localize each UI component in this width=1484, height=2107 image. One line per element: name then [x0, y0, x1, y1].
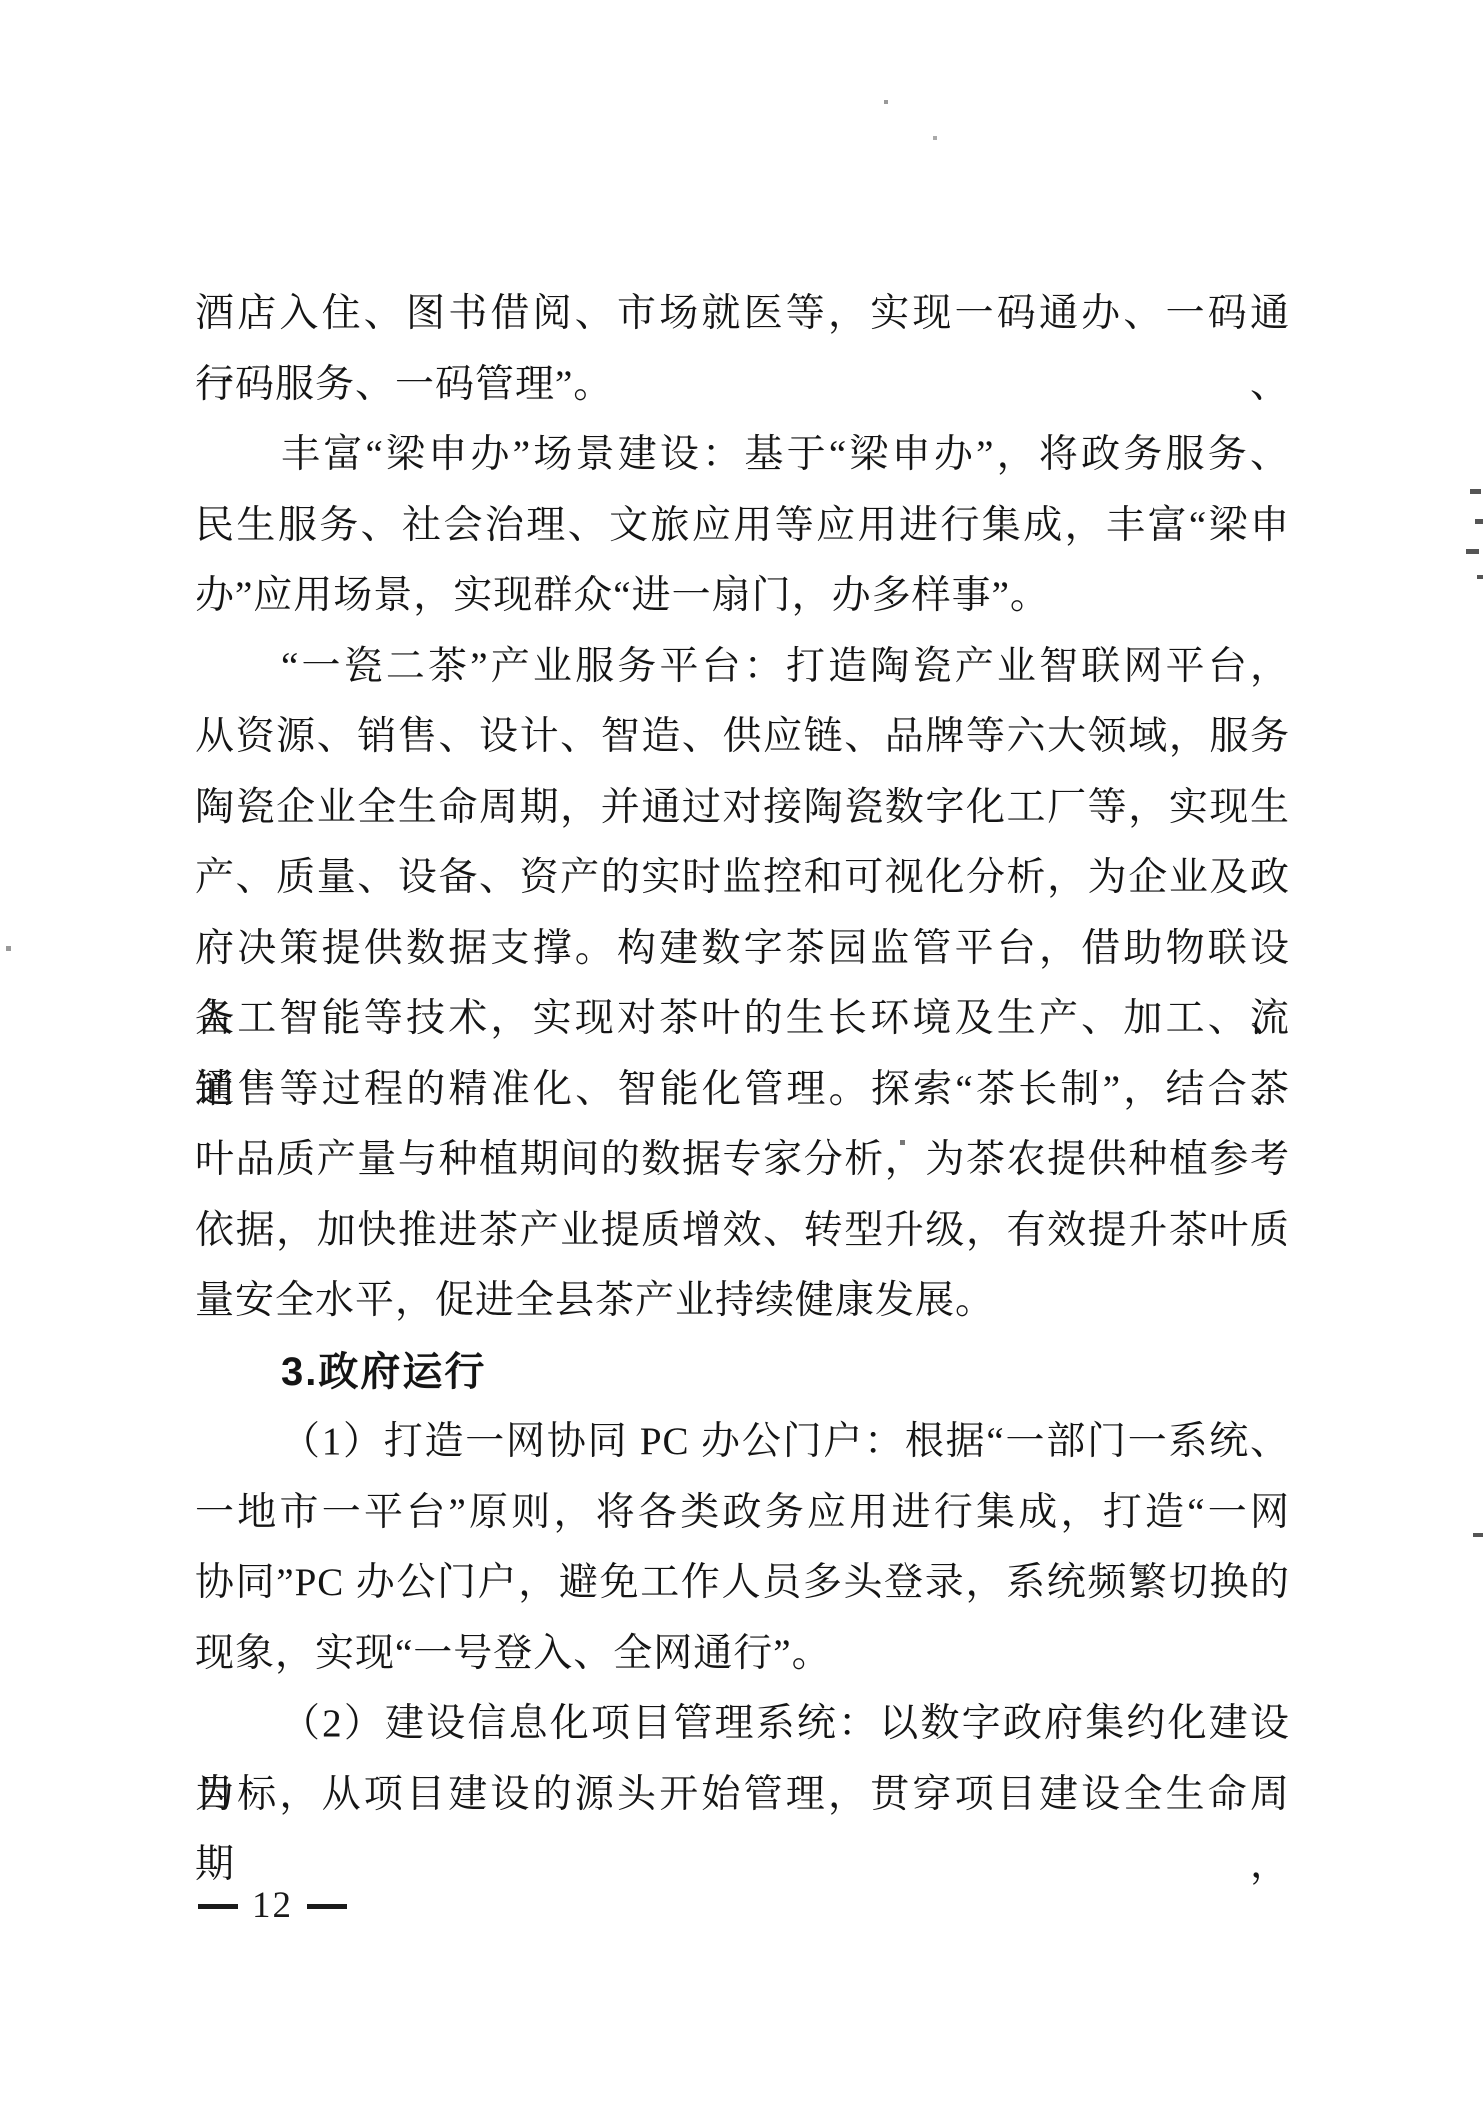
text-line: 民生服务、社会治理、文旅应用等应用进行集成，丰富“梁申	[195, 491, 1290, 562]
text-line: 人工智能等技术，实现对茶叶的生长环境及生产、加工、流通、	[195, 984, 1290, 1055]
scan-speck	[900, 1140, 905, 1145]
text-line: “一瓷二茶”产业服务平台：打造陶瓷产业智联网平台，	[195, 632, 1290, 703]
text-line: 从资源、销售、设计、智造、供应链、品牌等六大领域，服务	[195, 702, 1290, 773]
scan-speck	[6, 946, 11, 951]
scan-speck	[884, 100, 888, 104]
text-line: 销售等过程的精准化、智能化管理。探索“茶长制”，结合茶	[195, 1055, 1290, 1126]
text-line: 叶品质产量与种植期间的数据专家分析，为茶农提供种植参考	[195, 1125, 1290, 1196]
scan-speck	[1470, 489, 1481, 494]
scan-speck	[1473, 1533, 1483, 1537]
text-line: 协同”PC 办公门户，避免工作人员多头登录，系统频繁切换的	[195, 1548, 1290, 1619]
section-heading: 3.政府运行	[195, 1337, 1290, 1408]
text-line: 依据，加快推进茶产业提质增效、转型升级，有效提升茶叶质	[195, 1196, 1290, 1267]
footer-left-dash	[198, 1904, 238, 1909]
text-line: 现象，实现“一号登入、全网通行”。	[195, 1619, 1290, 1690]
text-line: 酒店入住、图书借阅、市场就医等，实现一码通办、一码通行、	[195, 279, 1290, 350]
text-line: 陶瓷企业全生命周期，并通过对接陶瓷数字化工厂等，实现生	[195, 773, 1290, 844]
document-body: 酒店入住、图书借阅、市场就医等，实现一码通办、一码通行、 一码服务、一码管理”。…	[195, 279, 1290, 1830]
text-line: （2）建设信息化项目管理系统：以数字政府集约化建设为	[195, 1689, 1290, 1760]
text-line: 产、质量、设备、资产的实时监控和可视化分析，为企业及政	[195, 843, 1290, 914]
scan-speck	[1475, 519, 1483, 524]
scan-speck	[933, 136, 937, 140]
footer-right-dash	[307, 1904, 347, 1909]
text-line: 丰富“梁申办”场景建设：基于“梁申办”，将政务服务、	[195, 420, 1290, 491]
text-line: 办”应用场景，实现群众“进一扇门，办多样事”。	[195, 561, 1290, 632]
document-page: 酒店入住、图书借阅、市场就医等，实现一码通办、一码通行、 一码服务、一码管理”。…	[0, 0, 1484, 2107]
text-line: 一地市一平台”原则，将各类政务应用进行集成，打造“一网	[195, 1478, 1290, 1549]
scan-speck	[1477, 575, 1483, 579]
text-line: （1）打造一网协同 PC 办公门户：根据“一部门一系统、	[195, 1407, 1290, 1478]
page-number: 12	[252, 1884, 293, 1928]
page-footer: 12	[198, 1884, 347, 1928]
text-line: 目标，从项目建设的源头开始管理，贯穿项目建设全生命周期，	[195, 1760, 1290, 1831]
text-line: 量安全水平，促进全县茶产业持续健康发展。	[195, 1266, 1290, 1337]
text-line: 府决策提供数据支撑。构建数字茶园监管平台，借助物联设备、	[195, 914, 1290, 985]
scan-speck	[1466, 549, 1479, 554]
